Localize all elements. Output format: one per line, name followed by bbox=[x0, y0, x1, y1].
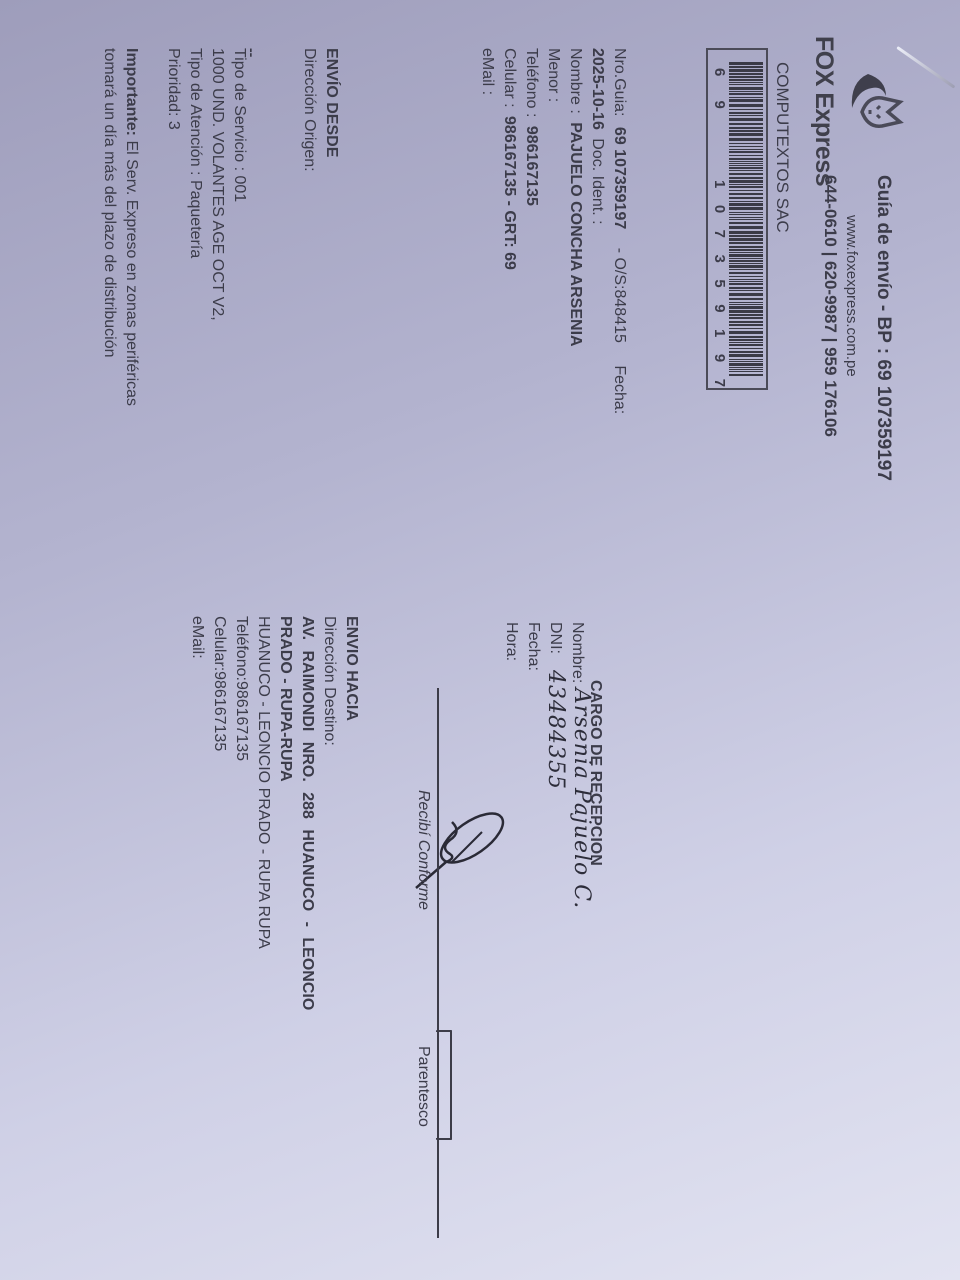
menor-row: Menor : bbox=[542, 48, 564, 102]
sender-company: COMPUTEXTOS SAC bbox=[772, 62, 792, 233]
email-label: eMail : bbox=[479, 48, 496, 95]
tipo-servicio: Tipo de Servicio : 001 bbox=[230, 48, 248, 202]
brand-name: FOX Express bbox=[809, 36, 838, 186]
handwritten-name: Arsenia Pajuelo C. bbox=[569, 688, 594, 909]
prioridad: Prioridad: 3 bbox=[164, 48, 182, 130]
barcode-prefix: 6 9 bbox=[711, 68, 728, 119]
website-link: www.foxexpress.com.pe bbox=[843, 215, 860, 377]
destination-address-line1: AV. RAIMONDI NRO. 288 HUANUCO - LEONCIO bbox=[298, 616, 316, 1010]
destination-telefono: Teléfono:986167135 bbox=[232, 616, 250, 761]
parentesco-box bbox=[436, 1030, 452, 1140]
cargo-hora-label: Hora: bbox=[502, 622, 520, 661]
date-row: 2025-10-16 Doc. Ident. : bbox=[586, 48, 608, 225]
signature-line bbox=[437, 688, 439, 1238]
telefono-label: Teléfono : bbox=[523, 48, 540, 117]
fecha-label: Fecha: bbox=[611, 365, 628, 414]
important-text-1: El Serv. Expreso en zonas periféricas bbox=[123, 136, 140, 406]
direccion-destino-label: Dirección Destino: bbox=[320, 616, 338, 746]
guide-number-label: Nro.Guia: bbox=[611, 48, 628, 116]
barcode-number: 107359197 bbox=[711, 180, 728, 404]
envio-desde-heading: ENVÍO DESDE bbox=[322, 48, 340, 157]
fox-head-icon bbox=[848, 68, 908, 148]
os-label: - O/S: bbox=[611, 248, 628, 290]
tipo-atencion: Tipo de Atención : Paquetería bbox=[186, 48, 204, 258]
barcode-bars bbox=[729, 62, 763, 378]
celular-value: 986167135 - GRT: 69 bbox=[501, 116, 518, 270]
guide-number-row: Nro.Guia: 69 107359197 - O/S:848415 Fech… bbox=[608, 48, 630, 414]
telefono-value: 986167135 bbox=[523, 126, 540, 206]
recipient-name: PAJUELO CONCHA ARSENIA bbox=[567, 122, 584, 346]
cargo-fecha-label: Fecha: bbox=[524, 622, 542, 671]
email-row: eMail : bbox=[476, 48, 498, 95]
cargo-nombre-label: Nombre: bbox=[568, 622, 586, 683]
os-value: 848415 bbox=[611, 289, 628, 342]
recibi-conforme-label: Recibí Conforme bbox=[414, 790, 432, 910]
parentesco-label: Parentesco bbox=[414, 1046, 432, 1127]
cargo-dni-label: DNI: bbox=[546, 622, 564, 654]
shipping-guide-document: FOX Express Guía de envío - BP : 69 1073… bbox=[0, 0, 960, 1280]
destination-celular: Celular:986167135 bbox=[210, 616, 228, 751]
menor-label: Menor : bbox=[545, 48, 562, 102]
guide-number-value: 69 107359197 bbox=[611, 127, 628, 229]
destination-email-label: eMail: bbox=[188, 616, 206, 659]
brand-logo: FOX Express bbox=[798, 28, 908, 168]
document-title: Guía de envío - BP : 69 107359197 bbox=[872, 175, 894, 481]
important-label: Importante: bbox=[123, 48, 140, 136]
telefono-row: Teléfono : 986167135 bbox=[520, 48, 542, 206]
destination-address-line2: PRADO - RUPA-RUPA bbox=[276, 616, 294, 782]
direccion-origen-label: Dirección Origen: bbox=[300, 48, 318, 172]
important-note-line2: tomará un día más del plazo de distribuc… bbox=[100, 48, 118, 358]
doc-ident-label: Doc. Ident. : bbox=[589, 138, 606, 224]
nombre-label: Nombre : bbox=[567, 48, 584, 114]
envio-hacia-heading: ENVIO HACIA bbox=[342, 616, 360, 721]
celular-row: Celular : 986167135 - GRT: 69 bbox=[498, 48, 520, 270]
barcode: 6 9 107359197 bbox=[706, 48, 768, 390]
service-description: 1000 UND. VOLANTES AGE OCT V2, bbox=[208, 48, 226, 321]
celular-label: Celular : bbox=[501, 48, 518, 108]
handwritten-dni: 43484355 bbox=[543, 670, 568, 790]
recipient-name-row: Nombre : PAJUELO CONCHA ARSENIA bbox=[564, 48, 586, 347]
destination-address-line3: HUANUCO - LEONCIO PRADO - RUPA RUPA bbox=[254, 616, 272, 949]
contact-phones: 644-0610 | 620-9987 | 959 176106 bbox=[820, 175, 840, 437]
important-note-line1: Importante: El Serv. Expreso en zonas pe… bbox=[122, 48, 140, 406]
shipment-date: 2025-10-16 bbox=[589, 48, 606, 130]
